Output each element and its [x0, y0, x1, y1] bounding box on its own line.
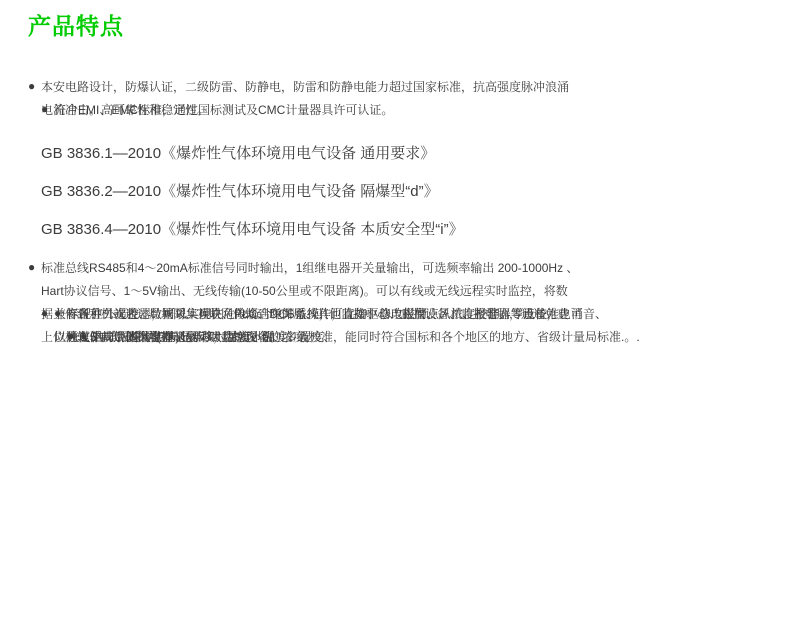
feature-item: ●符合EMI、EMC标准，通过国标测试及CMC计量器具许可认证。: [41, 98, 54, 122]
feature-text: 符合EMI、EMC标准，通过国标测试及CMC计量器具许可认证。: [54, 103, 393, 117]
bullet-icon: ●: [28, 75, 41, 98]
feature-text-line: 上位机软件或气体报警控制器实时监控现场的浓度。: [28, 326, 41, 349]
product-features-page: 产品特点 ●本安电路设计，防爆认证，二级防雷、防静电，防雷和防静电能力超过国家标…: [0, 0, 800, 369]
bullet-icon: ●: [80, 325, 93, 348]
feature-text-line: ●自动跟踪零点防止漂移，温度补偿、多级校准，能同时符合国标和各个地区的地方、省级…: [80, 325, 93, 349]
bullet-icon: ●: [67, 325, 80, 348]
feature-text-line: GB 3836.1—2010《爆炸性气体环境用电气设备 通用要求》: [28, 142, 796, 165]
feature-text-line: ●标配红外遥控器，可以实现在危险场合免开盖操作，比如：修改报警点、浓度校准、零点…: [54, 302, 67, 326]
feature-text: 自动跟踪零点防止漂移，温度补偿、多级校准，能同时符合国标和各个地区的地方、省级计…: [93, 330, 640, 344]
standard-line: GB 3836.4—2010《爆炸性气体环境用电气设备 本质安全型“i”》: [28, 218, 796, 241]
feature-text-line: ●本安电路设计，防爆认证，二级防雷、防静电，防雷和防静电能力超过国家标准，抗高强…: [28, 75, 41, 99]
feature-text: 标配红外遥控器，可以实现在危险场合免开盖操作，比如：修改报警点、浓度校准、零点校…: [67, 307, 607, 321]
feature-text-line: 以通过驱动中间继电器来驱动大功率设备。: [41, 326, 54, 349]
feature-text-line: GB 3836.4—2010《爆炸性气体环境用电气设备 本质安全型“i”》: [28, 218, 796, 241]
page-title: 产品特点: [28, 13, 796, 40]
feature-text-line: Hart协议信号、1～5V输出、无线传输(10-50公里或不限距离)。可以有线或…: [28, 280, 41, 303]
feature-text-line: ●兼容各种二次表、数据采集模块、PLC、DCS系统，可直接驱动电磁阀、风机、报警…: [41, 302, 54, 326]
feature-item: ●3.5寸高清彩屏(TF)显示实时浓度、温度、湿度、: [67, 325, 80, 349]
feature-list: ●本安电路设计，防爆认证，二级防雷、防静电，防雷和防静电能力超过国家标准，抗高强…: [28, 75, 796, 369]
feature-item: ●本安电路设计，防爆认证，二级防雷、防静电，防雷和防静电能力超过国家标准，抗高强…: [28, 75, 41, 122]
standard-line: GB 3836.2—2010《爆炸性气体环境用电气设备 隔爆型“d”》: [28, 180, 796, 203]
feature-item: ●标配红外遥控器，可以实现在危险场合免开盖操作，比如：修改报警点、浓度校准、零点…: [54, 302, 67, 349]
bullet-icon: ●: [41, 98, 54, 121]
bullet-icon: ●: [28, 256, 41, 279]
feature-text-line: GB 3836.2—2010《爆炸性气体环境用电气设备 隔爆型“d”》: [28, 180, 796, 203]
feature-text: 标准总线RS485和4～20mA标准信号同时输出，1组继电器开关量输出，可选频率…: [41, 261, 578, 275]
bullet-icon: ●: [54, 302, 67, 325]
feature-text-line: ●符合EMI、EMC标准，通过国标测试及CMC计量器具许可认证。: [41, 98, 54, 122]
standard-line: GB 3836.1—2010《爆炸性气体环境用电气设备 通用要求》: [28, 142, 796, 165]
feature-text-line: ●3.5寸高清彩屏(TF)显示实时浓度、温度、湿度、: [67, 325, 80, 349]
feature-text-line: ●标准总线RS485和4～20mA标准信号同时输出，1组继电器开关量输出，可选频…: [28, 256, 41, 280]
feature-text: 本安电路设计，防爆认证，二级防雷、防静电，防雷和防静电能力超过国家标准，抗高强度…: [41, 80, 569, 94]
feature-item: ●兼容各种二次表、数据采集模块、PLC、DCS系统，可直接驱动电磁阀、风机、报警…: [41, 302, 54, 349]
feature-text-line: 据上传到手机或通过局域网、互联网传输到环保局、其他监控中心、监控设备、监控电脑，…: [28, 303, 41, 326]
feature-text-line: 恢复出厂、进入菜单、: [54, 326, 67, 349]
bullet-icon: ●: [41, 302, 54, 325]
feature-text-line: 电流冲击。高可靠性和稳定性。: [28, 99, 41, 122]
feature-item: ●自动跟踪零点防止漂移，温度补偿、多级校准，能同时符合国标和各个地区的地方、省级…: [80, 325, 93, 349]
feature-item: ●标准总线RS485和4～20mA标准信号同时输出，1组继电器开关量输出，可选频…: [28, 256, 41, 349]
